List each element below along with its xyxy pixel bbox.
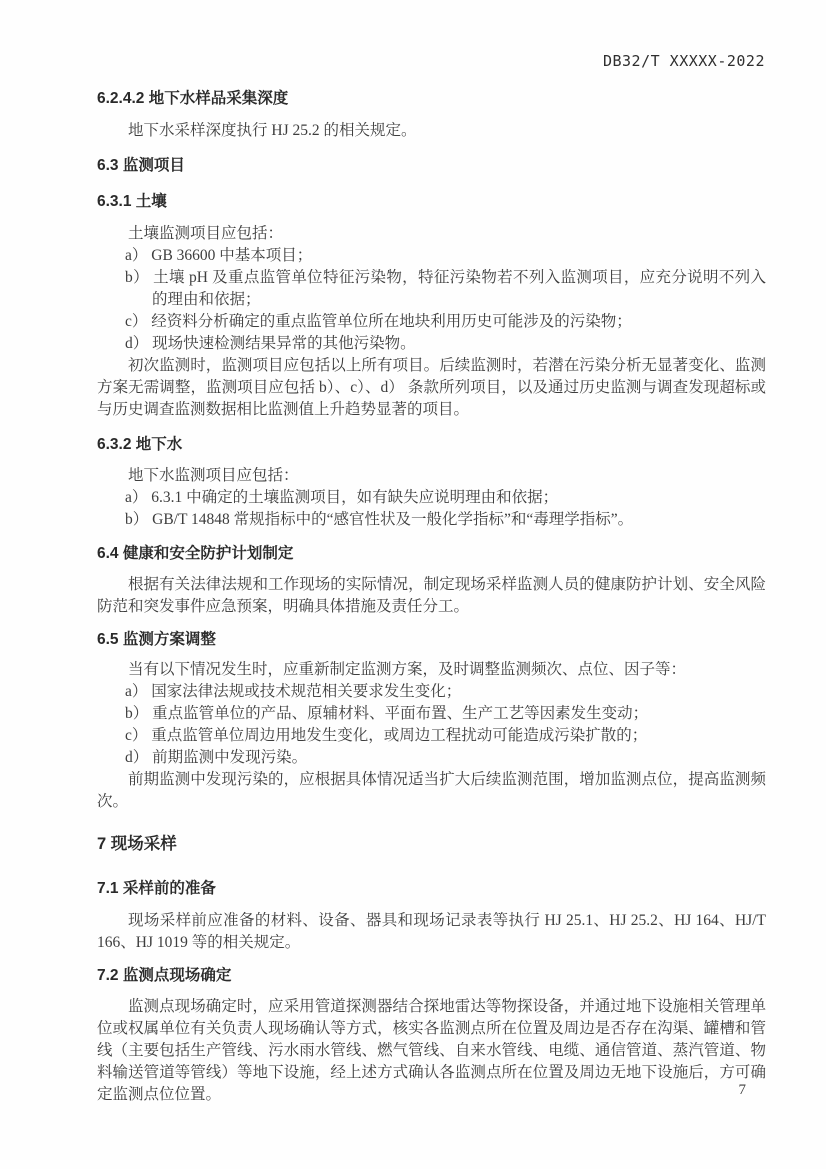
heading-6-2-4-2: 6.2.4.2 地下水样品采集深度 (97, 88, 766, 110)
paragraph-6-3-2-intro: 地下水监测项目应包括： (97, 465, 766, 487)
heading-7: 7 现场采样 (97, 833, 766, 856)
paragraph-6-5: 前期监测中发现污染的，应根据具体情况适当扩大后续监测范围，增加监测点位，提高监测… (97, 769, 766, 813)
list-item: a） 国家法律法规或技术规范相关要求发生变化； (152, 681, 766, 703)
list-6-3-1: a） GB 36600 中基本项目； b） 土壤 pH 及重点监管单位特征污染物… (97, 245, 766, 355)
heading-6-4: 6.4 健康和安全防护计划制定 (97, 543, 766, 565)
list-item: b） 重点监管单位的产品、原辅材料、平面布置、生产工艺等因素发生变动； (152, 703, 766, 725)
list-6-3-2: a） 6.3.1 中确定的土壤监测项目，如有缺失应说明理由和依据； b） GB/… (97, 487, 766, 531)
paragraph-6-3-1: 初次监测时，监测项目应包括以上所有项目。后续监测时，若潜在污染分析无显著变化、监… (97, 355, 766, 421)
doc-code: DB32/T XXXXX-2022 (603, 52, 765, 70)
document-content: 6.2.4.2 地下水样品采集深度 地下水采样深度执行 HJ 25.2 的相关规… (0, 88, 826, 1106)
list-item: b） 土壤 pH 及重点监管单位特征污染物，特征污染物若不列入监测项目，应充分说… (152, 267, 766, 311)
list-item: a） GB 36600 中基本项目； (152, 245, 766, 267)
heading-7-1: 7.1 采样前的准备 (97, 878, 766, 900)
heading-6-3-2: 6.3.2 地下水 (97, 434, 766, 456)
document-page: DB32/T XXXXX-2022 6.2.4.2 地下水样品采集深度 地下水采… (0, 0, 826, 1169)
doc-code-header: DB32/T XXXXX-2022 (0, 0, 826, 70)
paragraph-6-5-intro: 当有以下情况发生时，应重新制定监测方案，及时调整监测频次、点位、因子等： (97, 659, 766, 681)
paragraph-7-1: 现场采样前应准备的材料、设备、器具和现场记录表等执行 HJ 25.1、HJ 25… (97, 910, 766, 954)
heading-6-3: 6.3 监测项目 (97, 155, 766, 177)
list-item: a） 6.3.1 中确定的土壤监测项目，如有缺失应说明理由和依据； (152, 487, 766, 509)
paragraph-7-2: 监测点现场确定时，应采用管道探测器结合探地雷达等物探设备，并通过地下设施相关管理… (97, 996, 766, 1106)
paragraph-6-2-4-2: 地下水采样深度执行 HJ 25.2 的相关规定。 (97, 120, 766, 142)
heading-7-2: 7.2 监测点现场确定 (97, 965, 766, 987)
heading-6-3-1: 6.3.1 土壤 (97, 191, 766, 213)
paragraph-6-4: 根据有关法律法规和工作现场的实际情况，制定现场采样监测人员的健康防护计划、安全风… (97, 574, 766, 618)
list-6-5: a） 国家法律法规或技术规范相关要求发生变化； b） 重点监管单位的产品、原辅材… (97, 681, 766, 769)
list-item: d） 前期监测中发现污染。 (152, 747, 766, 769)
heading-6-5: 6.5 监测方案调整 (97, 629, 766, 651)
list-item: b） GB/T 14848 常规指标中的“感官性状及一般化学指标”和“毒理学指标… (152, 509, 766, 531)
paragraph-6-3-1-intro: 土壤监测项目应包括： (97, 223, 766, 245)
list-item: d） 现场快速检测结果异常的其他污染物。 (152, 333, 766, 355)
list-item: c） 经资料分析确定的重点监管单位所在地块利用历史可能涉及的污染物； (152, 311, 766, 333)
page-number: 7 (739, 1082, 747, 1099)
list-item: c） 重点监管单位周边用地发生变化，或周边工程扰动可能造成污染扩散的； (152, 725, 766, 747)
